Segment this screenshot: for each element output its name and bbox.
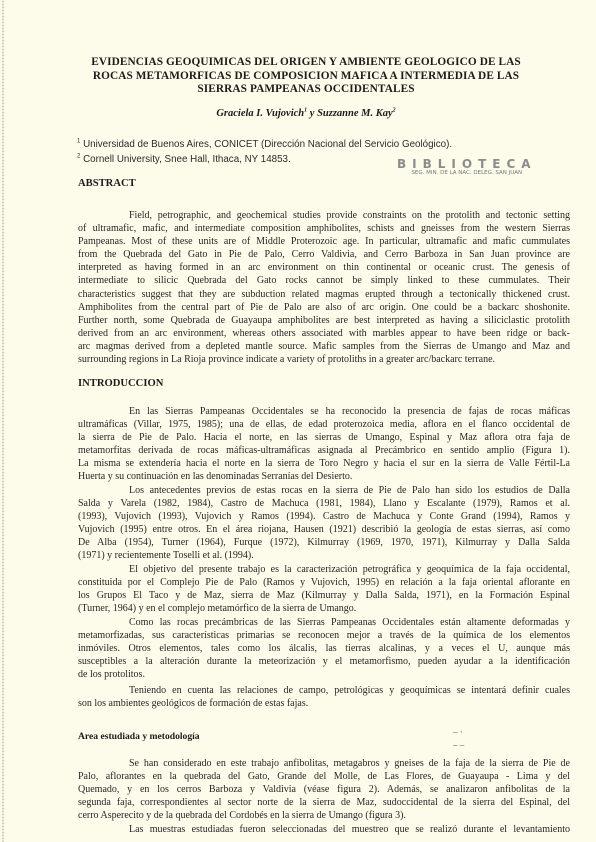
text-line: Teniendo en cuenta las relaciones de cam… — [78, 684, 570, 697]
text-line: Field, petrographic, and geochemical stu… — [78, 209, 570, 222]
scan-mark: – – — [453, 740, 464, 750]
text-line: Huerta y su continuación en las denomina… — [78, 470, 570, 483]
text-line: metamorfitas derivada de rocas máficas-u… — [78, 444, 570, 457]
text-line: derived from an arc environment, whereas… — [78, 327, 570, 340]
affiliations: 1 Universidad de Buenos Aires, CONICET (… — [77, 137, 452, 167]
text-line: susceptibles a la alteración durante la … — [78, 655, 570, 668]
text-line: arc magmas derived from a depleted mantl… — [78, 340, 570, 353]
text-line: En las Sierras Pampeanas Occidentales se… — [78, 405, 570, 418]
text-line: Pampeanas. Most of these units are of Mi… — [78, 235, 570, 248]
area-paragraph-1: Se han considerado en este trabajo anfib… — [78, 757, 570, 822]
text-line: surrounding regions in La Rioja province… — [78, 353, 570, 366]
intro-paragraph-1: En las Sierras Pampeanas Occidentales se… — [78, 405, 570, 484]
text-line: son los ambientes geológicos de formació… — [78, 697, 570, 710]
text-line: metamorfizadas, sus características prim… — [78, 629, 570, 642]
text-line: de los protolitos. — [78, 668, 570, 681]
text-line: constituida por el Complejo Pie de Palo … — [78, 576, 570, 589]
stamp-title: BIBLIOTECA — [397, 157, 537, 171]
abstract-paragraph: Field, petrographic, and geochemical stu… — [78, 209, 570, 366]
text-line: los Grupos El Taco y de Maz, sierra de M… — [78, 589, 570, 602]
text-line: from the Quebrada del Gato in Pie de Pal… — [78, 248, 570, 261]
title-line: SIERRAS PAMPEANAS OCCIDENTALES — [75, 83, 537, 97]
text-line: of ultramafic, mafic, and intermediate c… — [78, 222, 570, 235]
section-heading-introduccion: INTRODUCCION — [78, 378, 163, 389]
text-line: El objetivo del presente trabajo es la c… — [78, 563, 570, 576]
text-line: (1971) y recientemente Toselli et al. (1… — [78, 549, 570, 562]
text-line: Los antecedentes previos de estas rocas … — [78, 484, 570, 497]
text-line: inmóviles. Otros elementos, tales como l… — [78, 642, 570, 655]
text-line: Las muestras estudiadas fueron seleccion… — [78, 823, 570, 836]
text-line: (Turner, 1964) y en el complejo metamórf… — [78, 602, 570, 615]
author-name: Graciela I. Vujovich — [216, 108, 304, 119]
affiliation: 2 Cornell University, Snee Hall, Ithaca,… — [77, 152, 452, 167]
stamp-subtitle: SEG. MIN. DE LA NAC. DELEG. SAN JUAN — [397, 170, 537, 176]
text-line: intermediate to silicic Quebrada del Gat… — [78, 274, 570, 287]
text-line: interpreted as having formed in an arc e… — [78, 261, 570, 274]
affiliation-text: Cornell University, Snee Hall, Ithaca, N… — [80, 154, 290, 165]
text-line: la sierra de Pie de Palo. Hacia el norte… — [78, 431, 570, 444]
author-list: Graciela I. Vujovich1 y Suzzanne M. Kay2 — [75, 108, 537, 119]
title-line: EVIDENCIAS GEOQUIMICAS DEL ORIGEN Y AMBI… — [75, 56, 537, 70]
text-line: Quemado, y en los cerros Barboza y Valdi… — [78, 783, 570, 796]
intro-paragraph-3: El objetivo del presente trabajo es la c… — [78, 563, 570, 615]
text-line: De Alba (1954), Turner (1964), Furque (1… — [78, 536, 570, 549]
text-line: Se han considerado en este trabajo anfib… — [78, 757, 570, 770]
affiliation: 1 Universidad de Buenos Aires, CONICET (… — [77, 137, 452, 152]
affiliation-text: Universidad de Buenos Aires, CONICET (Di… — [80, 139, 452, 150]
text-line: characteristics suggest that they are su… — [78, 288, 570, 301]
text-line: Como las rocas precámbricas de las Sierr… — [78, 616, 570, 629]
author-conjunction: y — [307, 108, 317, 119]
affiliation-marker: 2 — [393, 108, 396, 114]
author-name: Suzzanne M. Kay — [317, 108, 393, 119]
library-stamp: BIBLIOTECA SEG. MIN. DE LA NAC. DELEG. S… — [397, 157, 537, 176]
scan-mark: – · — [453, 727, 463, 737]
title-line: ROCAS METAMORFICAS DE COMPOSICION MAFICA… — [75, 70, 537, 84]
text-line: (1993), Vujovich (1993), Vujovich y Ramo… — [78, 510, 570, 523]
section-heading-abstract: ABSTRACT — [78, 178, 136, 189]
intro-paragraph-2: Los antecedentes previos de estas rocas … — [78, 484, 570, 563]
intro-paragraph-4: Como las rocas precámbricas de las Sierr… — [78, 616, 570, 681]
text-line: Amphibolites from the central part of Pi… — [78, 301, 570, 314]
area-paragraph-2: Las muestras estudiadas fueron seleccion… — [78, 823, 570, 836]
text-line: La misma se extendería hacia el norte en… — [78, 457, 570, 470]
paper-title: EVIDENCIAS GEOQUIMICAS DEL ORIGEN Y AMBI… — [75, 56, 537, 97]
text-line: segunda faja, correspondientes al sector… — [78, 796, 570, 809]
text-line: ultramáficas (Villar, 1975, 1985); una d… — [78, 418, 570, 431]
text-line: cerro Asperecito y de la quebrada del Co… — [78, 809, 570, 822]
section-heading-area: Area estudiada y metodología — [78, 731, 200, 742]
text-line: Palo, aflorantes en la quebrada del Gato… — [78, 770, 570, 783]
intro-paragraph-5: Teniendo en cuenta las relaciones de cam… — [78, 684, 570, 710]
text-line: Vujovich (1995) entre otros. En el área … — [78, 523, 570, 536]
text-line: Salda y Varela (1982, 1984), Castro de M… — [78, 497, 570, 510]
text-line: Further north, some Quebrada de Guayaupa… — [78, 314, 570, 327]
scan-edge-artifact — [2, 0, 4, 842]
